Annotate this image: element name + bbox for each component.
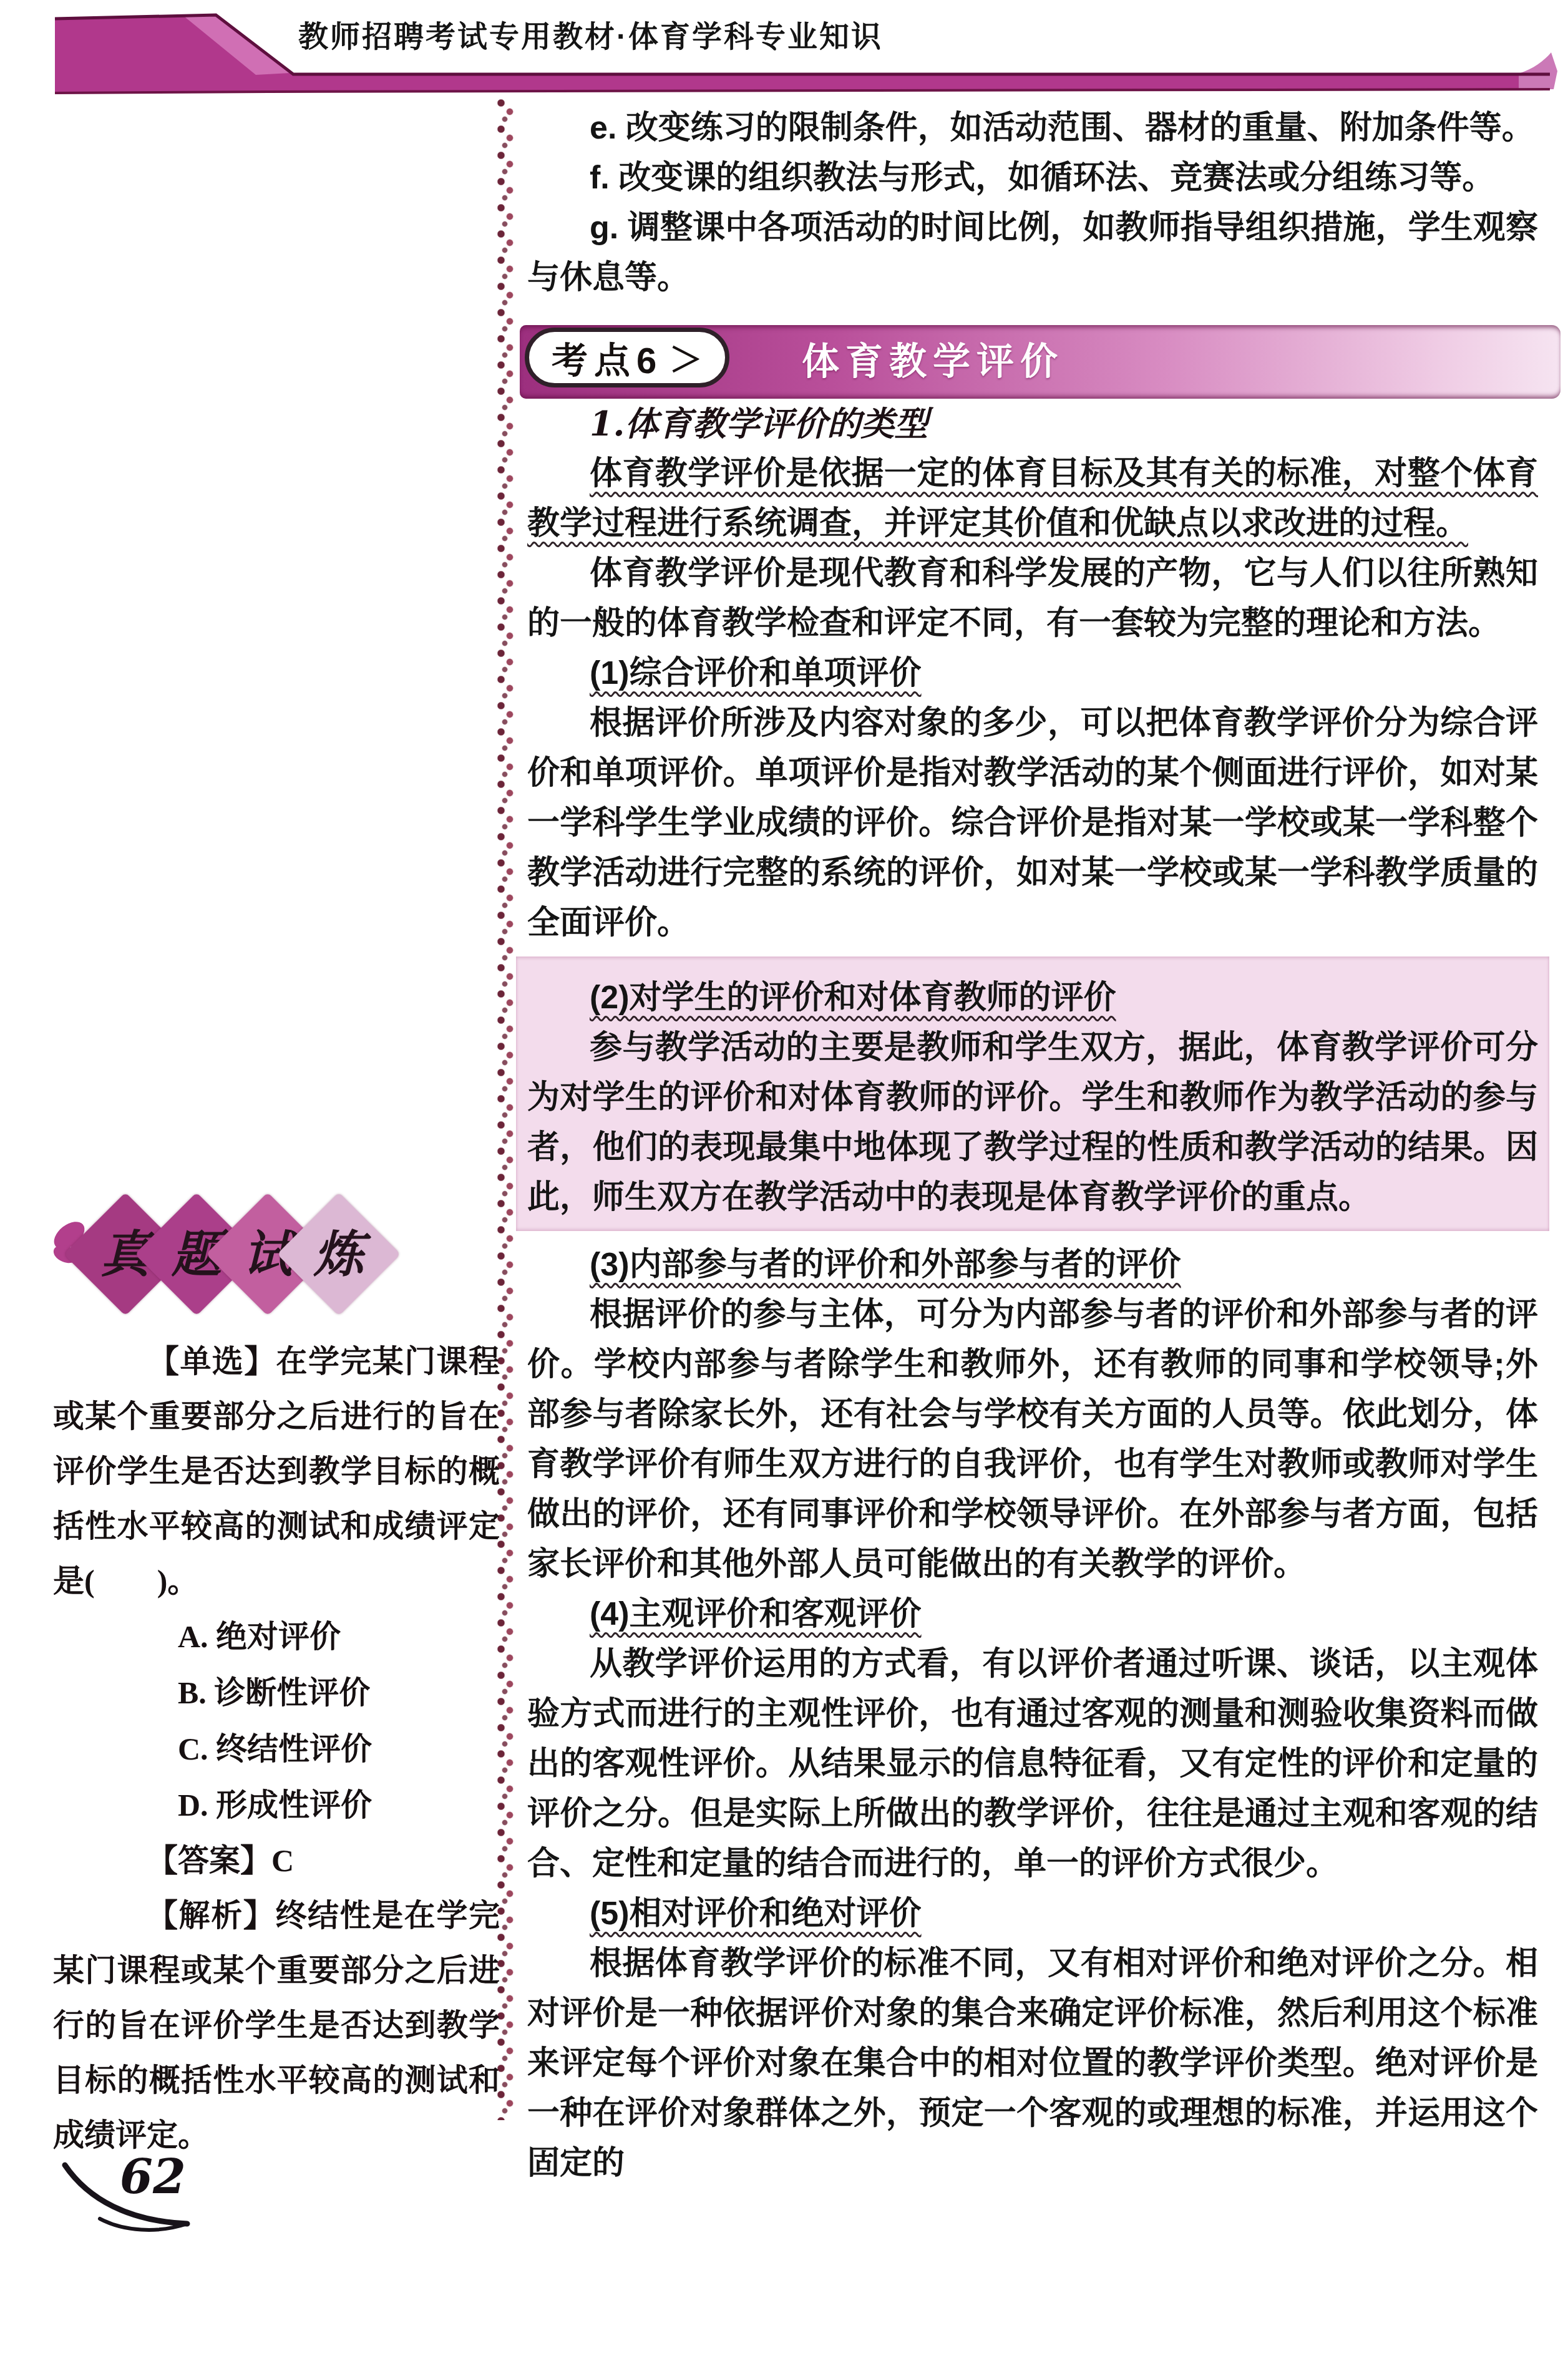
exam-practice-badge: 真 题 试 炼 [53, 1199, 500, 1329]
type-heading: 1.体育教学评价的类型 [527, 399, 1538, 449]
subsection-3-para: 根据评价的参与主体，可分为内部参与者的评价和外部参与者的评价。学校内部参与者除学… [527, 1290, 1538, 1589]
subsection-1-para: 根据评价所涉及内容对象的多少，可以把体育教学评价分为综合评价和单项评价。单项评价… [527, 698, 1538, 948]
page-number: 62 [120, 2149, 186, 2204]
intro-item-f: f. 改变课的组织教法与形式，如循环法、竞赛法或分组练习等。 [527, 153, 1538, 203]
badge-diamond-4: 炼 [277, 1192, 401, 1316]
subsection-4-para: 从教学评价运用的方式看，有以评价者通过听课、谈话，以主观体验方式而进行的主观性评… [527, 1639, 1538, 1889]
badge-diamonds: 真 题 试 炼 [98, 1210, 382, 1298]
section-title: 体育教学评价 [802, 325, 1064, 399]
section-banner: 考点6 ＞ 体育教学评价 [520, 325, 1561, 399]
chevron-right-icon: ＞ [669, 334, 703, 382]
subsection-1: (1)综合评价和单项评价 根据评价所涉及内容对象的多少，可以把体育教学评价分为综… [527, 648, 1538, 948]
subsection-4-heading: (4)主观评价和客观评价 [527, 1589, 1538, 1639]
question-text: 【单选】在学完某门课程或某个重要部分之后进行的旨在评价学生是否达到教学目标的概括… [53, 1334, 500, 1609]
definition-paragraph: 体育教学评价是依据一定的体育目标及其有关的标准，对整个体育教学过程进行系统调查，… [527, 449, 1538, 548]
subsection-4: (4)主观评价和客观评价 从教学评价运用的方式看，有以评价者通过听课、谈话，以主… [527, 1589, 1538, 1889]
subsection-3: (3)内部参与者的评价和外部参与者的评价 根据评价的参与主体，可分为内部参与者的… [527, 1240, 1538, 1589]
option-a: A. 绝对评价 [53, 1609, 500, 1665]
answer-text: 【答案】C [53, 1833, 500, 1888]
section-pill: 考点6 ＞ [525, 328, 729, 387]
subsection-5: (5)相对评价和绝对评价 根据体育教学评价的标准不同，又有相对评价和绝对评价之分… [527, 1889, 1538, 2188]
subsection-1-heading: (1)综合评价和单项评价 [527, 648, 1538, 698]
option-b: B. 诊断性评价 [53, 1665, 500, 1721]
intro-item-g: g. 调整课中各项活动的时间比例，如教师指导组织措施，学生观察与休息等。 [527, 203, 1538, 303]
subsection-2-heading: (2)对学生的评价和对体育教师的评价 [527, 973, 1538, 1023]
subsection-2-para: 参与教学活动的主要是教师和学生双方，据此，体育教学评价可分为对学生的评价和对体育… [527, 1023, 1538, 1222]
subsection-3-heading: (3)内部参与者的评价和外部参与者的评价 [527, 1240, 1538, 1290]
section-pill-label: 考点6 [552, 331, 663, 384]
highlighted-subsection-2: (2)对学生的评价和对体育教师的评价 参与教学活动的主要是教师和学生双方，据此，… [516, 957, 1549, 1231]
page-title: 教师招聘考试专用教材·体育学科专业知识 [298, 12, 883, 56]
intro-item-e: e. 改变练习的限制条件，如活动范围、器材的重量、附加条件等。 [527, 103, 1538, 153]
option-c: C. 终结性评价 [53, 1721, 500, 1777]
analysis-text: 【解析】终结性是在学完某门课程或某个重要部分之后进行的旨在评价学生是否达到教学目… [53, 1888, 500, 2163]
sidebar-exam-practice: 真 题 试 炼 【单选】在学完某门课程或某个重要部分之后进行的旨在评价学生是否达… [53, 1199, 500, 2163]
page-footer: 62 [60, 2151, 247, 2257]
subsection-5-para: 根据体育教学评价的标准不同，又有相对评价和绝对评价之分。相对评价是一种依据评价对… [527, 1939, 1538, 2188]
option-d: D. 形成性评价 [53, 1777, 500, 1833]
main-content: e. 改变练习的限制条件，如活动范围、器材的重量、附加条件等。 f. 改变课的组… [527, 103, 1538, 2188]
subsection-5-heading: (5)相对评价和绝对评价 [527, 1889, 1538, 1939]
product-paragraph: 体育教学评价是现代教育和科学发展的产物，它与人们以往所熟知的一般的体育教学检查和… [527, 548, 1538, 648]
